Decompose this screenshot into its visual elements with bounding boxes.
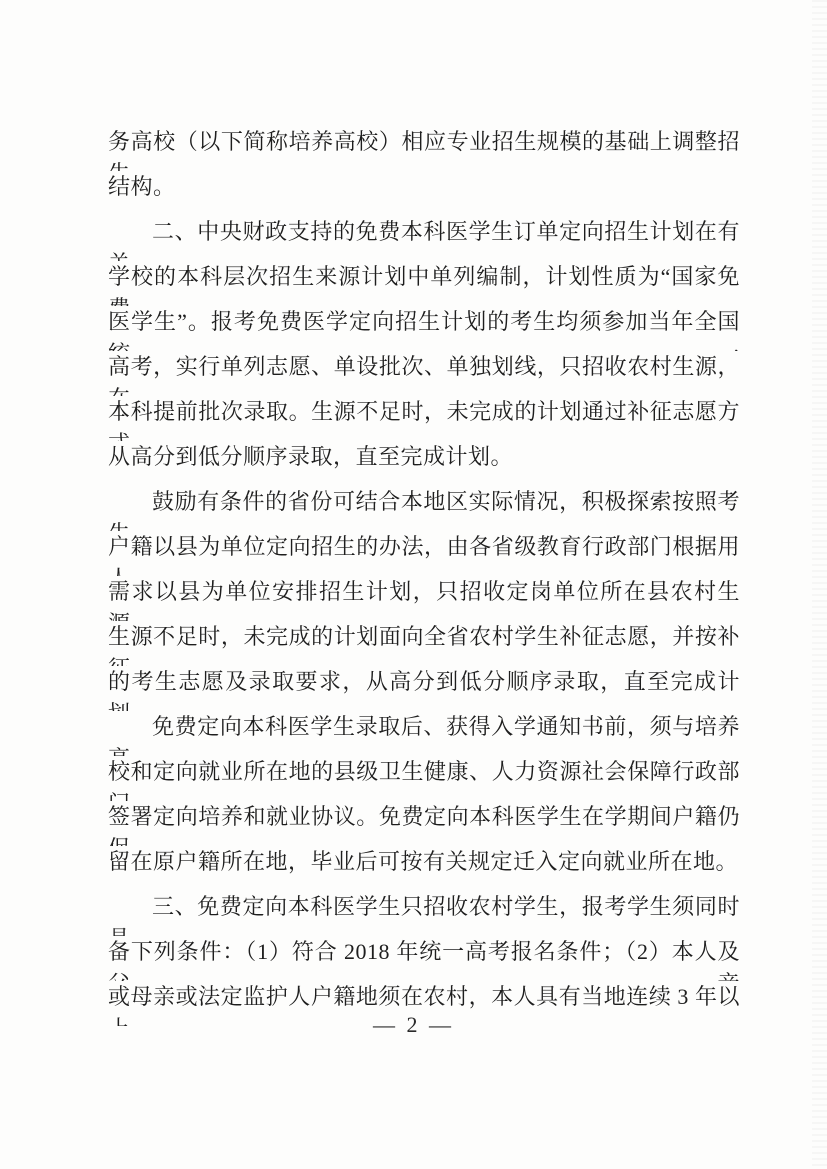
text-line: 务高校（以下简称培养高校）相应专业招生规模的基础上调整招生 — [108, 126, 740, 171]
text-line: 户籍以县为单位定向招生的办法，由各省级教育行政部门根据用人 — [108, 531, 740, 576]
text-line: 免费定向本科医学生录取后、获得入学通知书前，须与培养高 — [108, 711, 740, 756]
text-line: 医学生”。报考免费医学定向招生计划的考生均须参加当年全国统一 — [108, 306, 740, 351]
text-line: 结构。 — [108, 171, 740, 216]
text-line: 三、免费定向本科医学生只招收农村学生，报考学生须同时具 — [108, 891, 740, 936]
text-line: 生源不足时，未完成的计划面向全省农村学生补征志愿，并按补征 — [108, 621, 740, 666]
text-line: 需求以县为单位安排招生计划，只招收定岗单位所在县农村生源。 — [108, 576, 740, 621]
text-line: 从高分到低分顺序录取，直至完成计划。 — [108, 441, 740, 486]
text-line: 签署定向培养和就业协议。免费定向本科医学生在学期间户籍仍保 — [108, 801, 740, 846]
text-line: 校和定向就业所在地的县级卫生健康、人力资源社会保障行政部门 — [108, 756, 740, 801]
document-body: 务高校（以下简称培养高校）相应专业招生规模的基础上调整招生 结构。 二、中央财政… — [108, 126, 740, 1026]
text-line: 鼓励有条件的省份可结合本地区实际情况，积极探索按照考生 — [108, 486, 740, 531]
text-line: 二、中央财政支持的免费本科医学生订单定向招生计划在有关 — [108, 216, 740, 261]
text-line: 备下列条件：（1）符合 2018 年统一高考报名条件；（2）本人及父亲 — [108, 936, 740, 981]
text-line: 本科提前批次录取。生源不足时，未完成的计划通过补征志愿方式 — [108, 396, 740, 441]
text-line: 的考生志愿及录取要求，从高分到低分顺序录取，直至完成计划。 — [108, 666, 740, 711]
text-line: 学校的本科层次招生来源计划中单列编制，计划性质为“国家免费 — [108, 261, 740, 306]
document-page: 务高校（以下简称培养高校）相应专业招生规模的基础上调整招生 结构。 二、中央财政… — [0, 0, 827, 1169]
page-number: — 2 — — [0, 1012, 827, 1038]
text-line: 留在原户籍所在地，毕业后可按有关规定迁入定向就业所在地。 — [108, 846, 740, 891]
text-line: 高考，实行单列志愿、单设批次、单独划线，只招收农村生源，在 — [108, 351, 740, 396]
scan-noise-artifact — [812, 0, 827, 1169]
